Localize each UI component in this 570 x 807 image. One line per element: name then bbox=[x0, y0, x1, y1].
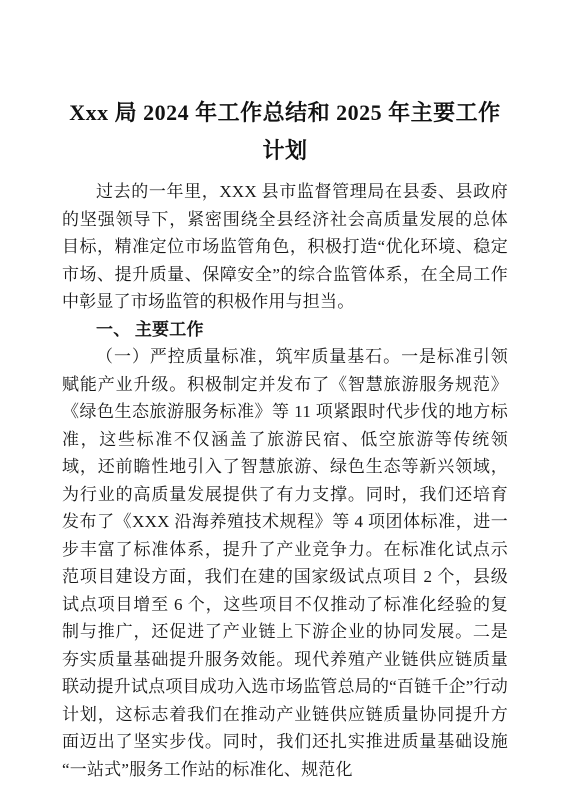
document-body: 过去的一年里，XXX 县市监督管理局在县委、县政府的坚强领导下，紧密围绕全县经济… bbox=[62, 178, 508, 783]
document-title: Xxx 局 2024 年工作总结和 2025 年主要工作计划 bbox=[62, 94, 508, 170]
paragraph-section-one: （一）严控质量标准，筑牢质量基石。一是标准引领赋能产业升级。积极制定并发布了《智… bbox=[62, 343, 508, 783]
document-page: Xxx 局 2024 年工作总结和 2025 年主要工作计划 过去的一年里，XX… bbox=[0, 0, 570, 807]
section-heading-main-work: 一、 主要工作 bbox=[62, 316, 508, 344]
paragraph-intro: 过去的一年里，XXX 县市监督管理局在县委、县政府的坚强领导下，紧密围绕全县经济… bbox=[62, 178, 508, 316]
